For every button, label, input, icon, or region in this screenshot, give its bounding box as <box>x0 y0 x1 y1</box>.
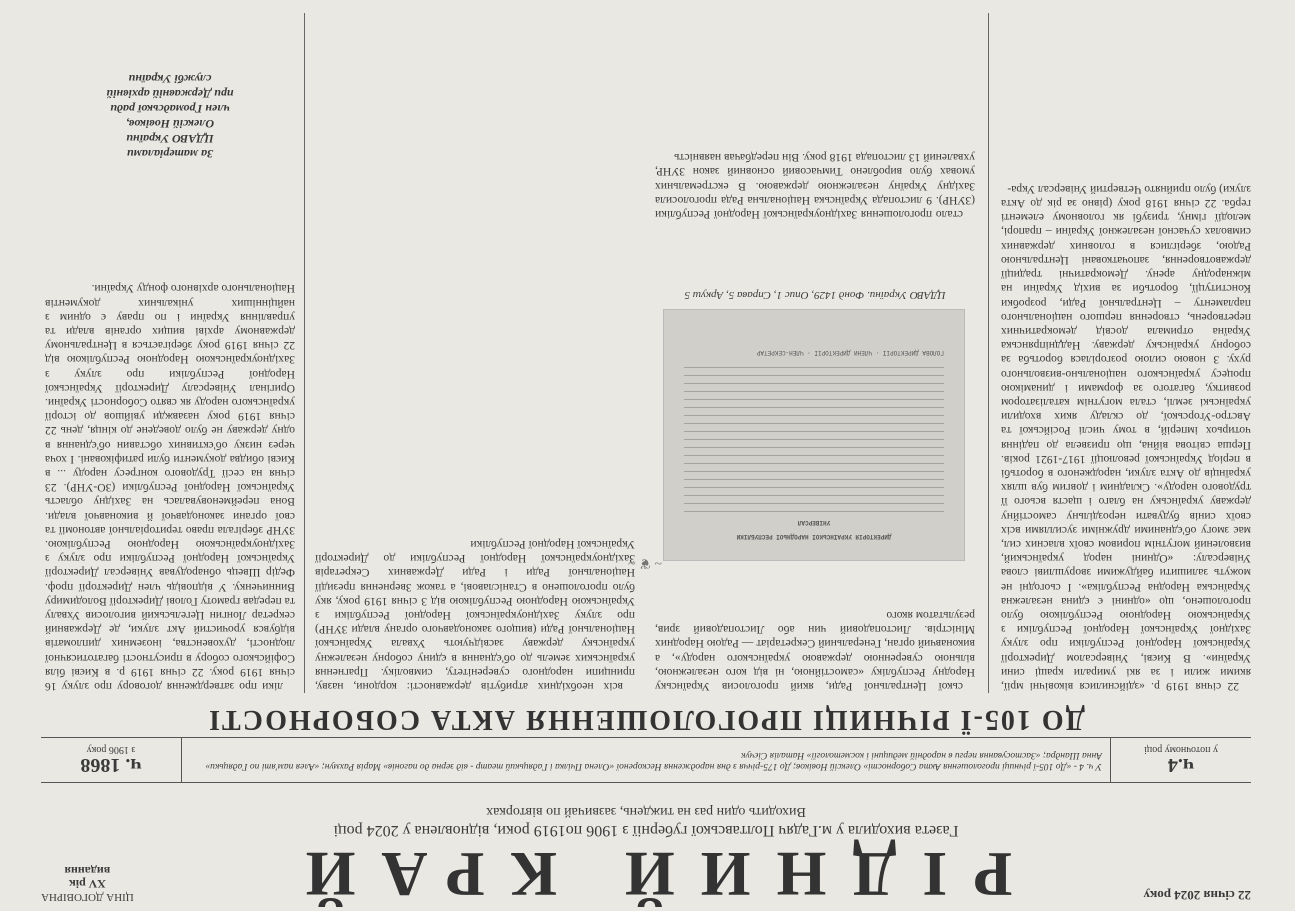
signature-line: при Державній архівній <box>45 86 295 101</box>
contents-text: У ч. 4 - «До 105-ї річниці проголошення … <box>190 749 1102 771</box>
document-image: ДИРЕКТОРІЯ УКРАЇНСЬКОЇ НАРОДНЬОЇ РЕСПУБЛ… <box>684 330 944 540</box>
frequency-note: Виходить один раз на тиждень, зазвичай п… <box>41 803 1251 819</box>
article-column-1: 22 січня 1919 р. «здійснилися віковічні … <box>1001 182 1251 693</box>
publication-label: видання <box>41 864 134 877</box>
newspaper-page: 22 січня 2024 року РІДНИЙ КРАЙ ЦІНА ДОГО… <box>0 0 1295 911</box>
masthead: 22 січня 2024 року РІДНИЙ КРАЙ ЦІНА ДОГО… <box>41 783 1251 911</box>
article-column-3: всіх необхідних атрибутів державності: к… <box>315 453 635 693</box>
issue-number-note: у поточному році <box>1144 745 1218 756</box>
total-number-note: з 1906 року <box>87 745 136 756</box>
signature-line: службі України <box>45 71 295 86</box>
price-block: ЦІНА ДОГОВІРНА XV рік видання <box>41 864 134 903</box>
signature-line: За матеріалами <box>45 146 295 161</box>
total-number-cell: ч. 1868 з 1906 року <box>41 738 181 782</box>
column-text: ліки про затвердження договору про злуку… <box>45 281 295 693</box>
article-column-2-top: ської Центральної Ради, який проголосив … <box>655 573 975 693</box>
photo-caption: ЦДАВО України. Фонд 1429, Опис 1, Справа… <box>665 289 965 301</box>
newspaper-title: РІДНИЙ КРАЙ <box>41 839 1251 909</box>
doc-title: УНІВЕРСАЛ <box>684 518 944 526</box>
issue-number: ч.4 <box>1168 756 1194 776</box>
column-text: всіх необхідних атрибутів державності: к… <box>315 537 635 693</box>
total-number: ч. 1868 <box>80 756 141 776</box>
archival-document-photo: ДИРЕКТОРІЯ УКРАЇНСЬКОЇ НАРОДНЬОЇ РЕСПУБЛ… <box>663 309 965 561</box>
signature-line: Олексій Новіков, <box>45 116 295 131</box>
publication-year: XV рік <box>41 877 134 890</box>
column-text: 22 січня 1919 р. «здійснилися віковічні … <box>1001 182 1251 693</box>
article-headline: ДО 105-Ї РІЧНИЦІ ПРОГОЛОШЕННЯ АКТА СОБОР… <box>41 703 1251 735</box>
issue-contents: У ч. 4 - «До 105-ї річниці проголошення … <box>181 738 1110 782</box>
subtitle: Газета виходила у м.Гадяч Полтавської гу… <box>41 821 1251 839</box>
column-divider <box>304 13 305 693</box>
issue-number-cell: ч.4 у поточному році <box>1110 738 1251 782</box>
column-text: ської Центральної Ради, який проголосив … <box>655 608 975 693</box>
price-label: ЦІНА ДОГОВІРНА <box>41 891 134 903</box>
doc-header: ДИРЕКТОРІЯ УКРАЇНСЬКОЇ НАРОДНЬОЇ РЕСПУБЛ… <box>684 532 944 540</box>
column-divider <box>988 13 989 693</box>
signature-line: ЦДАВО України <box>45 131 295 146</box>
author-signature: За матеріалами ЦДАВО України Олексій Нов… <box>45 71 295 161</box>
issue-bar: ч.4 у поточному році У ч. 4 - «До 105-ї … <box>41 737 1251 783</box>
doc-footer: ГОЛОВА ДИРЕКТОРІЇ · ЧЛЕНИ ДИРЕКТОРІЇ · Ч… <box>684 348 944 356</box>
signature-line: член Громадської ради <box>45 101 295 116</box>
doc-text-lines <box>684 362 944 512</box>
article-column-2-bottom: стало проголошення Західноукраїнської На… <box>655 150 975 221</box>
column-text: стало проголошення Західноукраїнської На… <box>655 150 975 221</box>
